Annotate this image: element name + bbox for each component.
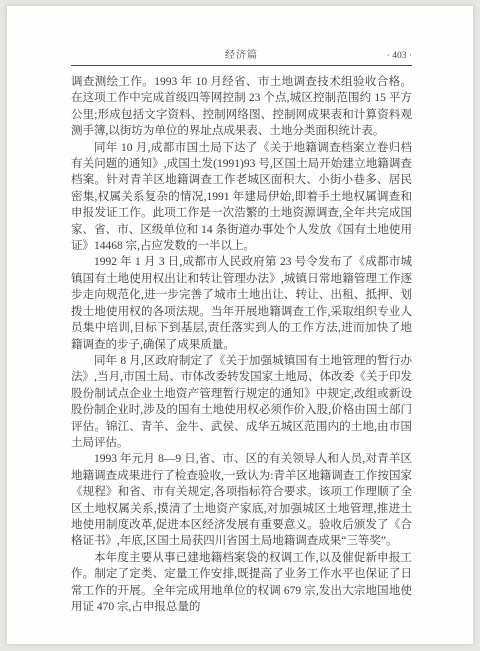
body-text: 调查测绘工作。1993 年 10 月经省、市土地调查技术组验收合格。在这项工作中… xyxy=(71,74,412,615)
book-page: 经济篇 · 403 · 调查测绘工作。1993 年 10 月经省、市土地调查技术… xyxy=(6,5,474,645)
paragraph-1: 调查测绘工作。1993 年 10 月经省、市土地调查技术组验收合格。在这项工作中… xyxy=(71,74,412,140)
section-title: 经济篇 xyxy=(141,46,342,61)
paragraph-3: 1992 年 1 月 3 日,成都市人民政府第 23 号令发布了《成都市城镇国有… xyxy=(71,254,412,352)
paragraph-2: 同年 10 月,成都市国土局下达了《关于地籍调查档案立卷归档有关问题的通知》,成… xyxy=(71,140,412,255)
page-content: 经济篇 · 403 · 调查测绘工作。1993 年 10 月经省、市土地调查技术… xyxy=(71,46,412,644)
header-rule xyxy=(71,65,412,66)
page-number: · 403 · xyxy=(342,51,412,61)
paragraph-4: 同年 8 月,区政府制定了《关于加强城镇国有土地管理的暂行办法》,当月,市国土局… xyxy=(71,353,412,451)
running-head: 经济篇 · 403 · xyxy=(71,46,412,61)
paragraph-6: 本年度主要从事已建地籍档案袋的权调工作,以及催促新申报工作。制定了定类、定量工作… xyxy=(71,550,412,616)
scanned-page-background: 经济篇 · 403 · 调查测绘工作。1993 年 10 月经省、市土地调查技术… xyxy=(0,0,480,651)
paragraph-5: 1993 年元月 8—9 日,省、市、区的有关领导人和人员,对青羊区地籍调查成果… xyxy=(71,451,412,549)
